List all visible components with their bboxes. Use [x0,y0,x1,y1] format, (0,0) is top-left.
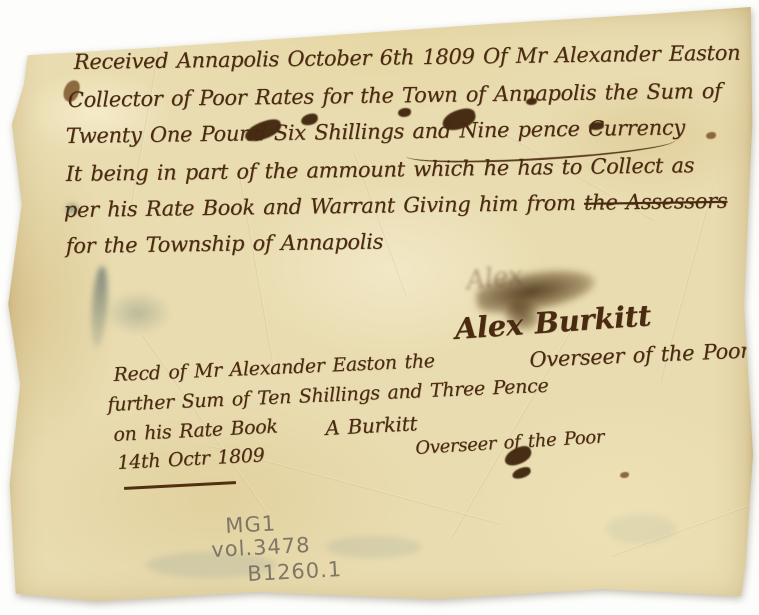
date-underline [124,481,236,489]
ink-blot [620,472,629,478]
manuscript-line: per his Rate Book and Warrant Giving him… [64,189,728,222]
archive-note-item: B1260.1 [247,557,343,586]
ink-blot [398,108,411,117]
stain [106,292,170,334]
second-receipt-date: 14th Octr 1809 [117,444,265,474]
signature-title: Overseer of the Poor [529,338,750,372]
manuscript-paper: Received Annapolis October 6th 1809 Of M… [6,4,753,607]
ink-blot [511,466,532,481]
smudged-signature-text: Alex [465,260,524,296]
archive-note-volume: vol.3478 [211,533,311,562]
stain [326,536,421,558]
manuscript-line-text: per his Rate Book and Warrant Giving him… [64,191,585,222]
second-receipt-line: Recd of Mr Alexander Easton the [113,350,435,386]
ink-blot [706,132,716,139]
second-receipt-line: on his Rate Book [113,415,278,446]
second-receipt-signature: A Burkitt [325,411,418,440]
stain [606,514,676,544]
manuscript-line: Collector of Poor Rates for the Town of … [68,79,722,112]
manuscript-line: for the Township of Annapolis [66,230,384,258]
manuscript-line: Received Annapolis October 6th 1809 Of M… [74,41,741,74]
struck-out-text: the Assessors [584,189,728,215]
scan-background: Received Annapolis October 6th 1809 Of M… [0,0,759,615]
paper-shadow-wrap: Received Annapolis October 6th 1809 Of M… [0,0,759,615]
manuscript-line: It being in part of the ammount which he… [66,153,695,186]
